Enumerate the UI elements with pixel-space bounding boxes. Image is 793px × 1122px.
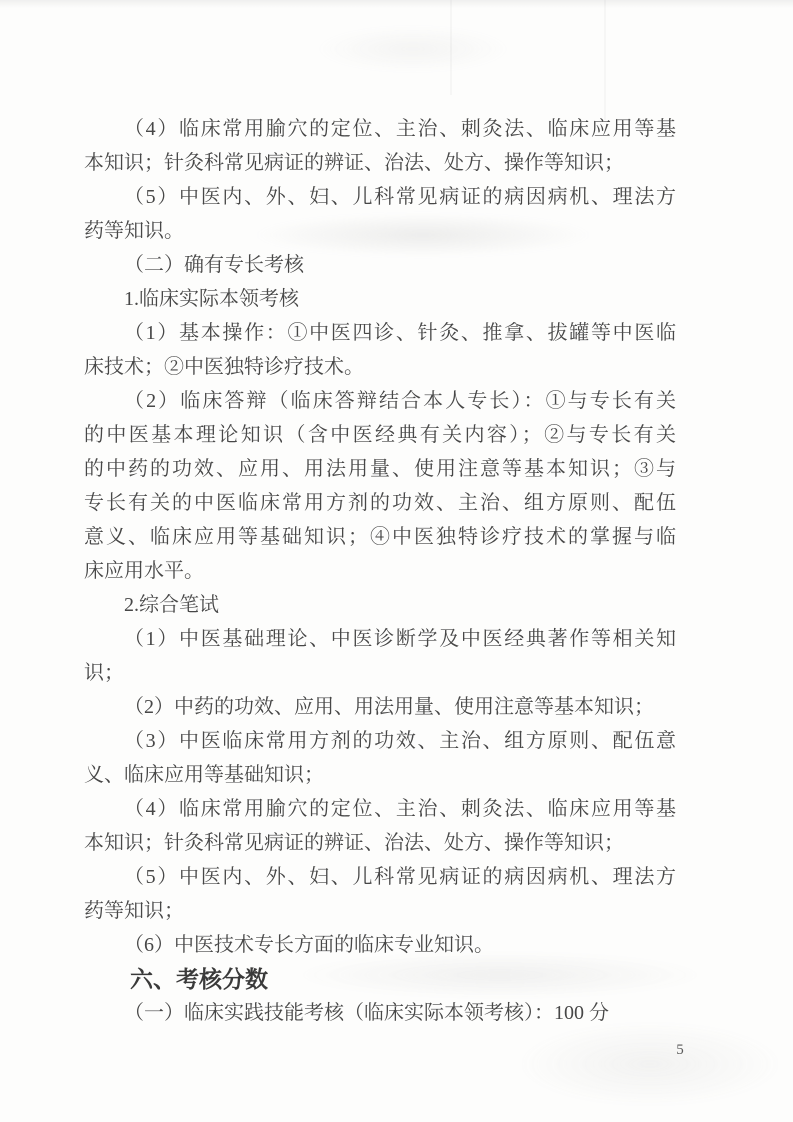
paragraph: （1）中医基础理论、中医诊断学及中医经典著作等相关知识； — [84, 622, 676, 690]
text-line: 1.临床实际本领考核 — [84, 282, 676, 316]
scan-artifact — [318, 26, 508, 72]
paragraph: （一）临床实践技能考核（临床实际本领考核）：100 分 — [84, 996, 676, 1030]
scan-streak — [450, 0, 452, 95]
paragraph: （2）中药的功效、应用、用法用量、使用注意等基本知识； — [84, 690, 676, 724]
text-line: 六、考核分数 — [84, 962, 676, 996]
document-body: （4）临床常用腧穴的定位、主治、刺灸法、临床应用等基本知识；针灸科常见病证的辨证… — [84, 112, 676, 1030]
text-line: 本知识；针灸科常见病证的辨证、治法、处方、操作等知识； — [84, 826, 676, 860]
document-page: （4）临床常用腧穴的定位、主治、刺灸法、临床应用等基本知识；针灸科常见病证的辨证… — [0, 0, 793, 1122]
paragraph: （5）中医内、外、妇、儿科常见病证的病因病机、理法方药等知识； — [84, 860, 676, 928]
paragraph: （4）临床常用腧穴的定位、主治、刺灸法、临床应用等基本知识；针灸科常见病证的辨证… — [84, 792, 676, 860]
text-line: 的中药的功效、应用、用法用量、使用注意等基本知识；③与 — [84, 452, 676, 486]
text-line: （1）中医基础理论、中医诊断学及中医经典著作等相关知 — [84, 622, 676, 656]
text-line: 本知识；针灸科常见病证的辨证、治法、处方、操作等知识； — [84, 146, 676, 180]
section-heading: 六、考核分数 — [84, 962, 676, 996]
paragraph: （3）中医临床常用方剂的功效、主治、组方原则、配伍意义、临床应用等基础知识； — [84, 724, 676, 792]
paragraph: （6）中医技术专长方面的临床专业知识。 — [84, 928, 676, 962]
paragraph: （2）临床答辩（临床答辩结合本人专长）：①与专长有关的中医基本理论知识（含中医经… — [84, 384, 676, 588]
text-line: 药等知识。 — [84, 214, 676, 248]
text-line: 的中医基本理论知识（含中医经典有关内容）；②与专长有关 — [84, 418, 676, 452]
scan-artifact — [520, 1022, 780, 1106]
text-line: （1）基本操作：①中医四诊、针灸、推拿、拔罐等中医临 — [84, 316, 676, 350]
text-line: 专长有关的中医临床常用方剂的功效、主治、组方原则、配伍 — [84, 486, 676, 520]
paragraph: （5）中医内、外、妇、儿科常见病证的病因病机、理法方药等知识。 — [84, 180, 676, 248]
text-line: （5）中医内、外、妇、儿科常见病证的病因病机、理法方 — [84, 180, 676, 214]
paragraph: 2.综合笔试 — [84, 588, 676, 622]
paragraph: （二）确有专长考核 — [84, 248, 676, 282]
text-line: 床技术；②中医独特诊疗技术。 — [84, 350, 676, 384]
text-line: 义、临床应用等基础知识； — [84, 758, 676, 792]
paragraph: （4）临床常用腧穴的定位、主治、刺灸法、临床应用等基本知识；针灸科常见病证的辨证… — [84, 112, 676, 180]
text-line: （2）中药的功效、应用、用法用量、使用注意等基本知识； — [84, 690, 676, 724]
text-line: 床应用水平。 — [84, 554, 676, 588]
text-line: 识； — [84, 656, 676, 690]
text-line: 2.综合笔试 — [84, 588, 676, 622]
text-line: （3）中医临床常用方剂的功效、主治、组方原则、配伍意 — [84, 724, 676, 758]
text-line: 药等知识； — [84, 894, 676, 928]
text-line: 意义、临床应用等基础知识；④中医独特诊疗技术的掌握与临 — [84, 520, 676, 554]
paragraph: （1）基本操作：①中医四诊、针灸、推拿、拔罐等中医临床技术；②中医独特诊疗技术。 — [84, 316, 676, 384]
text-line: （5）中医内、外、妇、儿科常见病证的病因病机、理法方 — [84, 860, 676, 894]
page-number: 5 — [668, 1040, 692, 1060]
text-line: （4）临床常用腧穴的定位、主治、刺灸法、临床应用等基 — [84, 112, 676, 146]
text-line: （4）临床常用腧穴的定位、主治、刺灸法、临床应用等基 — [84, 792, 676, 826]
text-line: （一）临床实践技能考核（临床实际本领考核）：100 分 — [84, 996, 676, 1030]
text-line: （二）确有专长考核 — [84, 248, 676, 282]
text-line: （6）中医技术专长方面的临床专业知识。 — [84, 928, 676, 962]
paragraph: 1.临床实际本领考核 — [84, 282, 676, 316]
text-line: （2）临床答辩（临床答辩结合本人专长）：①与专长有关 — [84, 384, 676, 418]
scan-streak — [604, 0, 606, 120]
